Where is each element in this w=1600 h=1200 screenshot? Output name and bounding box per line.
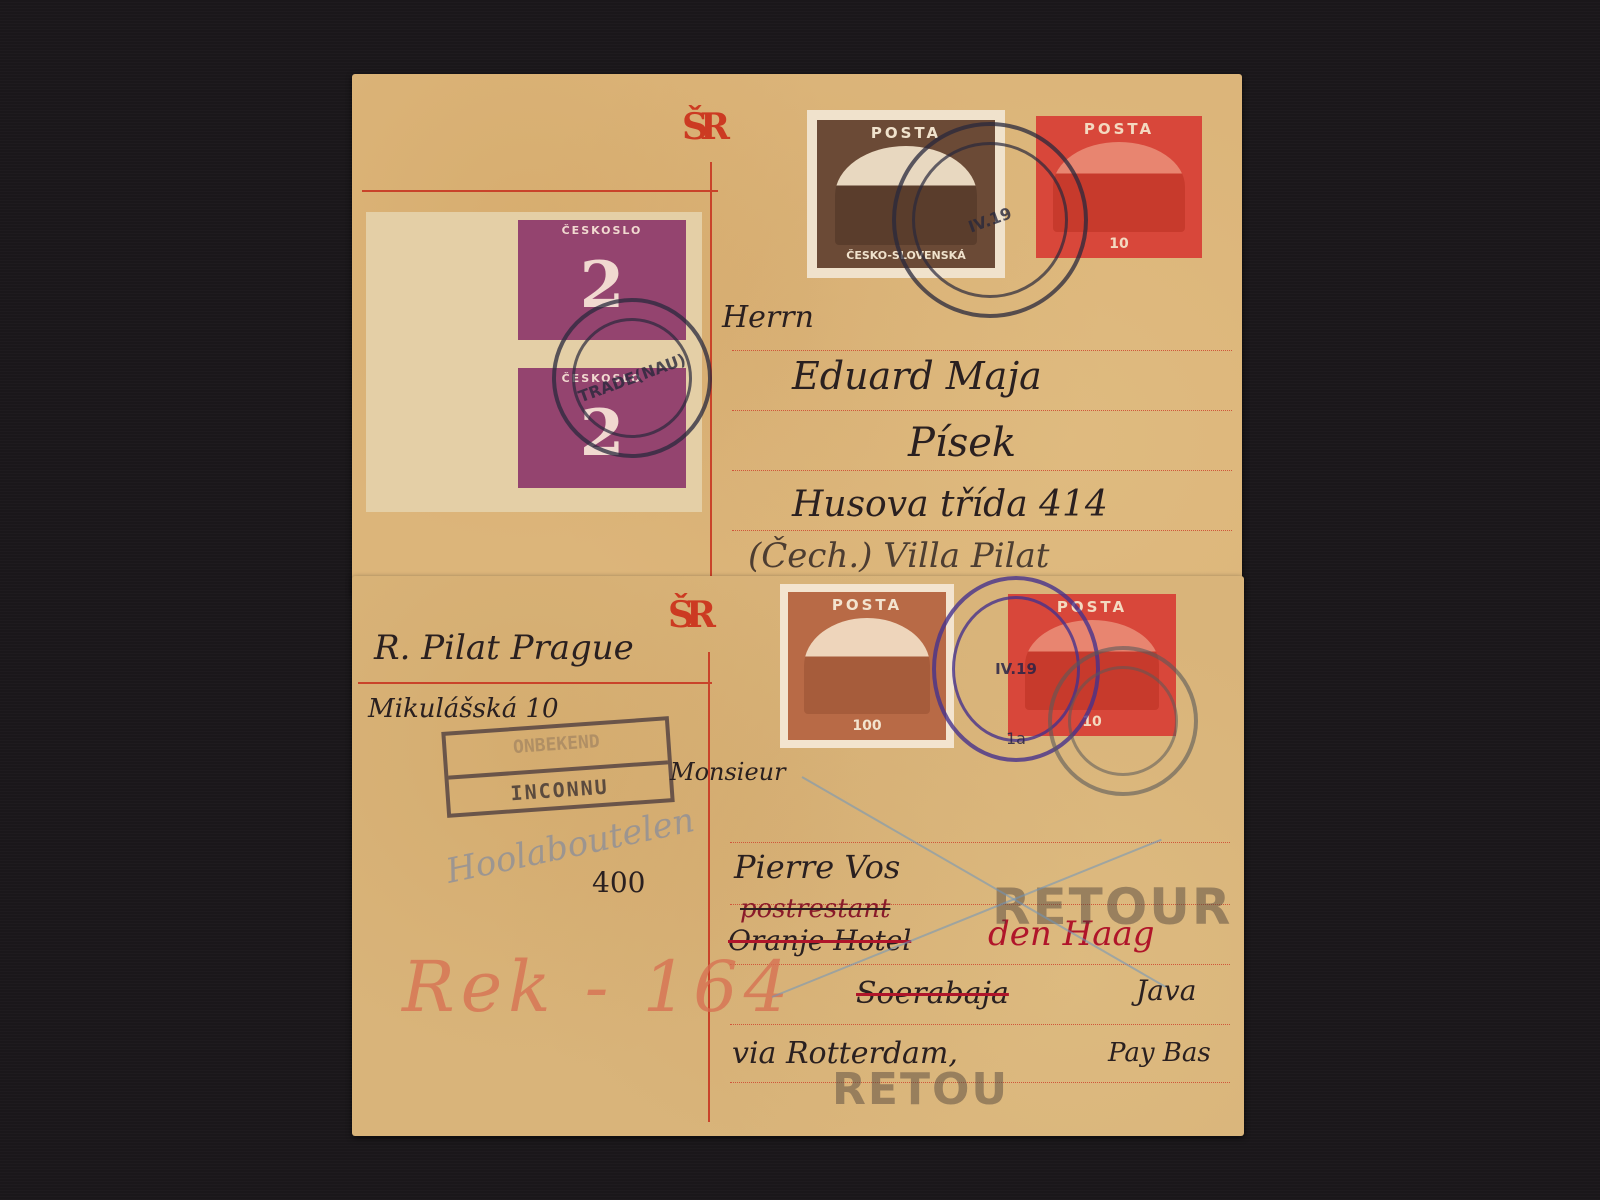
address-line xyxy=(732,530,1232,531)
retour-stamp: RETOU xyxy=(832,1064,1009,1115)
stamp-orange-100h: POSTA 100 xyxy=(780,584,954,748)
postmark-trutnov: IV.19 xyxy=(892,122,1088,318)
address-country: Pay Bas xyxy=(1108,1038,1211,1068)
address-city: Písek xyxy=(908,420,1016,466)
castle-illustration xyxy=(804,618,930,714)
divider-line xyxy=(708,652,710,1122)
address-line xyxy=(732,410,1232,411)
address-city: Soerabaja xyxy=(856,976,1009,1011)
postal-card-top: ŠR ČESKOSLO 2 ČESKOSLO 2 POSTA ČESKO-SLO… xyxy=(352,74,1242,594)
postmark-circular: TRADE(NAU) xyxy=(552,298,712,458)
divider-line xyxy=(362,190,718,192)
sender-name: R. Pilat Prague xyxy=(374,628,634,668)
postmark-grey xyxy=(1048,646,1198,796)
pencil-note-red: Rek - 164 xyxy=(402,946,794,1028)
address-line xyxy=(730,1024,1230,1025)
address-line xyxy=(730,964,1230,965)
monogram-logo: ŠR xyxy=(668,594,708,636)
address-partial: (Čech.) Villa Pilat xyxy=(748,536,1049,576)
monogram-logo: ŠR xyxy=(682,106,722,148)
postal-card-bottom: ŠR R. Pilat Prague Mikulášská 10 ONBEKEN… xyxy=(352,576,1244,1136)
divider-line xyxy=(358,682,712,684)
address-region: Java xyxy=(1136,974,1196,1007)
address-street: Husova třída 414 xyxy=(792,484,1108,525)
number-stamp: 400 xyxy=(592,866,645,899)
address-struck-line: postrestant xyxy=(740,894,890,924)
inconnu-box-stamp: ONBEKEND INCONNU xyxy=(441,716,674,818)
address-salutation: Monsieur xyxy=(670,758,786,786)
address-line xyxy=(732,350,1232,351)
address-salutation: Herrn xyxy=(722,300,814,335)
address-line xyxy=(732,470,1232,471)
address-name: Eduard Maja xyxy=(792,354,1042,398)
sender-street: Mikulášská 10 xyxy=(368,694,559,724)
address-name: Pierre Vos xyxy=(734,848,900,886)
